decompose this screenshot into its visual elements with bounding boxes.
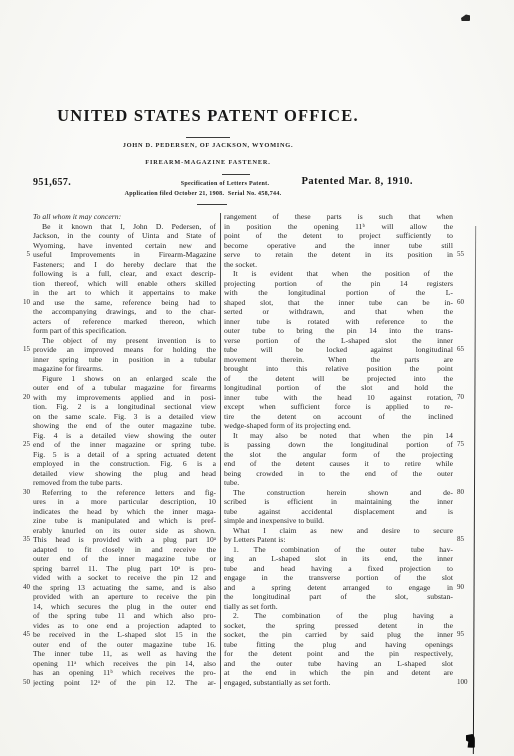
line-number	[12, 364, 30, 374]
line-number	[12, 621, 30, 631]
text-line: jecting point 12ᵃ of the pin 12. The ar-	[33, 678, 216, 688]
column-left: To all whom it may concern:Be it known t…	[33, 212, 216, 687]
line-number	[12, 602, 30, 612]
text-line: Wyoming, have invented certain new and	[33, 241, 216, 251]
line-number	[12, 336, 30, 346]
text-line: magazine for firearms.	[33, 364, 216, 374]
line-number	[12, 592, 30, 602]
text-line: on the same scale. Fig. 3 is a detailed …	[33, 412, 216, 422]
text-line: opening 11ᵃ which receives the pin 14, a…	[33, 659, 216, 669]
text-line: adapted to fit closely in and receive th…	[33, 545, 216, 555]
line-number: 15	[12, 345, 30, 355]
text-line: tube against accidental displacement and…	[224, 507, 453, 517]
text-line: inner tube is rotated with reference to …	[224, 317, 453, 327]
text-line: shaped slot, that the inner tube can be …	[224, 298, 453, 308]
text-line: tially as set forth.	[224, 602, 453, 612]
page-title: UNITED STATES PATENT OFFICE.	[13, 106, 403, 126]
text-line: vides as to one end a projection adapted…	[33, 621, 216, 631]
line-number: 45	[12, 630, 30, 640]
line-number	[12, 659, 30, 669]
line-numbers-left: 5101520253035404550	[12, 212, 30, 687]
text-line: verse portion of the L-shaped slot the i…	[224, 336, 453, 346]
line-number	[12, 459, 30, 469]
line-number	[12, 450, 30, 460]
text-line: Fasteners; and I do hereby declare that …	[33, 260, 216, 270]
ornament-rule	[186, 137, 230, 138]
line-number: 10	[12, 298, 30, 308]
text-line: engaged, substantially as set forth.	[224, 678, 453, 688]
text-line: except when sufficient force is applied …	[224, 402, 453, 412]
text-line: be received in the L-shaped slot 15 in t…	[33, 630, 216, 640]
text-line: detailed view showing the plug and head	[33, 469, 216, 479]
text-line: tube and head having a fixed projection …	[224, 564, 453, 574]
text-line: provided with an aperture to receive the…	[33, 592, 216, 602]
line-number: 40	[12, 583, 30, 593]
text-line: for the detent point and the pin respect…	[224, 649, 453, 659]
line-number	[12, 402, 30, 412]
text-line: outer end of a tubular magazine for fire…	[33, 383, 216, 393]
ornament-rule	[222, 174, 250, 175]
line-number	[12, 241, 30, 251]
text-line: with my improvements applied and in posi…	[33, 393, 216, 403]
text-line: at the end in which the pin and detent a…	[224, 668, 453, 678]
ornament-rule	[197, 204, 227, 205]
text-line: showing the end of the outer magazine tu…	[33, 421, 216, 431]
text-line: Fig. 4 is a detailed view showing the ou…	[33, 431, 216, 441]
text-line: provide an improved means for holding th…	[33, 345, 216, 355]
line-number	[12, 554, 30, 564]
text-line: The construction herein shown and de-	[224, 488, 453, 498]
text-line: spring barrel 11. The plug part 10ᵃ is p…	[33, 564, 216, 574]
line-number: 25	[12, 440, 30, 450]
text-line: the longitudinal part of the slot, subst…	[224, 592, 453, 602]
line-number	[457, 241, 477, 251]
patent-page: UNITED STATES PATENT OFFICE. JOHN D. PED…	[0, 0, 514, 756]
text-line: simple and inexpensive to build.	[224, 516, 453, 526]
line-number	[12, 212, 30, 222]
text-line: vided with a socket to receive the pin 1…	[33, 573, 216, 583]
text-line: end of the inner magazine or spring tube…	[33, 440, 216, 450]
text-line: form part of this specification.	[33, 326, 216, 336]
line-number	[12, 307, 30, 317]
line-number	[12, 279, 30, 289]
text-line: tube will be locked against longitudinal	[224, 345, 453, 355]
text-line: brought into this relative position the …	[224, 364, 453, 374]
scan-artifact-corner-mark	[461, 13, 470, 21]
text-line: engage in the transverse portion of the …	[224, 573, 453, 583]
line-number	[12, 564, 30, 574]
text-line: the accompanying drawings, and to the ch…	[33, 307, 216, 317]
text-line: erably knurled on its outer side as show…	[33, 526, 216, 536]
text-line: ures in a more particular description, 1…	[33, 497, 216, 507]
text-line: of the detent will be projected into the	[224, 374, 453, 384]
line-number	[12, 326, 30, 336]
line-number	[12, 497, 30, 507]
text-line: Referring to the reference letters and f…	[33, 488, 216, 498]
line-number	[12, 668, 30, 678]
text-line: inner spring tube in position in a tubul…	[33, 355, 216, 365]
text-line: and use the same, reference being had to	[33, 298, 216, 308]
text-line: Jackson, in the county of Uinta and Stat…	[33, 231, 216, 241]
text-line: serted or withdrawn, and that when the	[224, 307, 453, 317]
line-number	[12, 288, 30, 298]
line-number	[12, 421, 30, 431]
text-line: outer tube to bring the pin 14 into the …	[224, 326, 453, 336]
text-line: socket, the spring pressed detent in the	[224, 621, 453, 631]
text-line: in the art to which it appertains to mak…	[33, 288, 216, 298]
text-line: following is a full, clear, and exact de…	[33, 269, 216, 279]
text-line: The object of my present invention is to	[33, 336, 216, 346]
text-line: rangement of these parts is such that wh…	[224, 212, 453, 222]
text-line: tire the detent on account of the inclin…	[224, 412, 453, 422]
text-line: and a spring detent arranged to engage i…	[224, 583, 453, 593]
text-line: Fig. 5 is a detail of a spring actuated …	[33, 450, 216, 460]
text-line: by Letters Patent is:	[224, 535, 453, 545]
text-line: the slot the angular form of the project…	[224, 450, 453, 460]
text-line: being crowded in to the end of the outer	[224, 469, 453, 479]
text-line: It is evident that when the position of …	[224, 269, 453, 279]
text-line: 1. The combination of the outer tube hav…	[224, 545, 453, 555]
text-line: projecting portion of the pin 14 registe…	[224, 279, 453, 289]
line-number	[12, 317, 30, 327]
text-line: become operative and the inner tube stil…	[224, 241, 453, 251]
text-line: is passing down the longitudinal portion…	[224, 440, 453, 450]
text-line: inner tube with the head 10 against rota…	[224, 393, 453, 403]
text-line: serve to retain the detent in its positi…	[224, 250, 453, 260]
text-line: tion thereof, which will enable others s…	[33, 279, 216, 289]
line-number	[12, 374, 30, 384]
text-line: employed in the construction. Fig. 6 is …	[33, 459, 216, 469]
text-line: ing an L-shaped slot in its end, the inn…	[224, 554, 453, 564]
scan-artifact-ink-blob	[466, 734, 475, 748]
specification-label: Specification of Letters Patent.	[130, 181, 320, 187]
text-line: To all whom it may concern:	[33, 212, 216, 222]
text-line: Be it known that I, John D. Pedersen, of	[33, 222, 216, 232]
text-line: longitudinal portion of the slot and hol…	[224, 383, 453, 393]
line-number: 50	[12, 678, 30, 688]
text-line: in position the opening 11ᵇ will allow t…	[224, 222, 453, 232]
line-number	[457, 222, 477, 232]
line-number: 5	[12, 250, 30, 260]
line-number	[12, 516, 30, 526]
text-line: has an opening 11ᵇ which receives the pr…	[33, 668, 216, 678]
text-line: outer end of the inner magazine tube or	[33, 554, 216, 564]
text-line: 2. The combination of the plug having a	[224, 611, 453, 621]
column-divider	[220, 213, 221, 689]
text-line: wedge-shaped form of its projecting end.	[224, 421, 453, 431]
text-line: 14, which secures the plug in the outer …	[33, 602, 216, 612]
text-line: tube.	[224, 478, 453, 488]
line-number	[12, 507, 30, 517]
line-number	[12, 469, 30, 479]
text-line: with the longitudinal portion of the L-	[224, 288, 453, 298]
line-number	[12, 431, 30, 441]
line-number	[12, 526, 30, 536]
column-right: rangement of these parts is such that wh…	[224, 212, 453, 687]
text-line: scribed is efficient in maintaining the …	[224, 497, 453, 507]
line-number	[12, 545, 30, 555]
line-number	[12, 260, 30, 270]
text-line: Figure 1 shows on an enlarged scale the	[33, 374, 216, 384]
text-line: useful Improvements in Firearm-Magazine	[33, 250, 216, 260]
text-line: It may also be noted that when the pin 1…	[224, 431, 453, 441]
line-number: 30	[12, 488, 30, 498]
text-line: zine tube is manipulated and which is pr…	[33, 516, 216, 526]
patented-date: Patented Mar. 8, 1910.	[301, 176, 413, 187]
line-number	[12, 269, 30, 279]
line-number	[12, 478, 30, 488]
application-line: Application filed October 21, 1908. Seri…	[33, 191, 373, 197]
text-line: the socket.	[224, 260, 453, 270]
text-line: This head is provided with a plug part 1…	[33, 535, 216, 545]
line-number	[12, 355, 30, 365]
text-line: acters of reference marked thereon, whic…	[33, 317, 216, 327]
text-line: movement therein. When the parts are	[224, 355, 453, 365]
text-line: The inner tube 11, as well as having the	[33, 649, 216, 659]
text-line: the spring 13 actuating the same, and is…	[33, 583, 216, 593]
text-line: What I claim as new and desire to secure	[224, 526, 453, 536]
text-line: of the spring tube 11 and which also pro…	[33, 611, 216, 621]
line-number	[12, 412, 30, 422]
line-number: 55	[457, 250, 477, 260]
text-line: socket, the pin carried by said plug the…	[224, 630, 453, 640]
text-line: and the outer tube having an L-shaped sl…	[224, 659, 453, 669]
text-line: indicates the head by which the inner ma…	[33, 507, 216, 517]
text-line: tion. Fig. 2 is a longitudinal sectional…	[33, 402, 216, 412]
text-line: removed from the tube parts.	[33, 478, 216, 488]
invention-title: FIREARM-MAGAZINE FASTENER.	[13, 159, 403, 166]
patent-number: 951,657.	[33, 177, 71, 188]
line-number	[12, 383, 30, 393]
inventor-line: JOHN D. PEDERSEN, OF JACKSON, WYOMING.	[13, 142, 403, 149]
line-number	[457, 231, 477, 241]
line-number	[457, 212, 477, 222]
line-number	[12, 611, 30, 621]
line-number: 20	[12, 393, 30, 403]
line-number	[12, 222, 30, 232]
text-line: outer end of the outer magazine tube 16.	[33, 640, 216, 650]
line-number: 35	[12, 535, 30, 545]
line-number	[12, 573, 30, 583]
text-line: tube fitting the plug and having opening…	[224, 640, 453, 650]
line-number	[12, 231, 30, 241]
line-number	[12, 649, 30, 659]
text-line: point of the detent to project sufficien…	[224, 231, 453, 241]
line-number	[12, 640, 30, 650]
text-line: end of the detent causes it to retire wh…	[224, 459, 453, 469]
